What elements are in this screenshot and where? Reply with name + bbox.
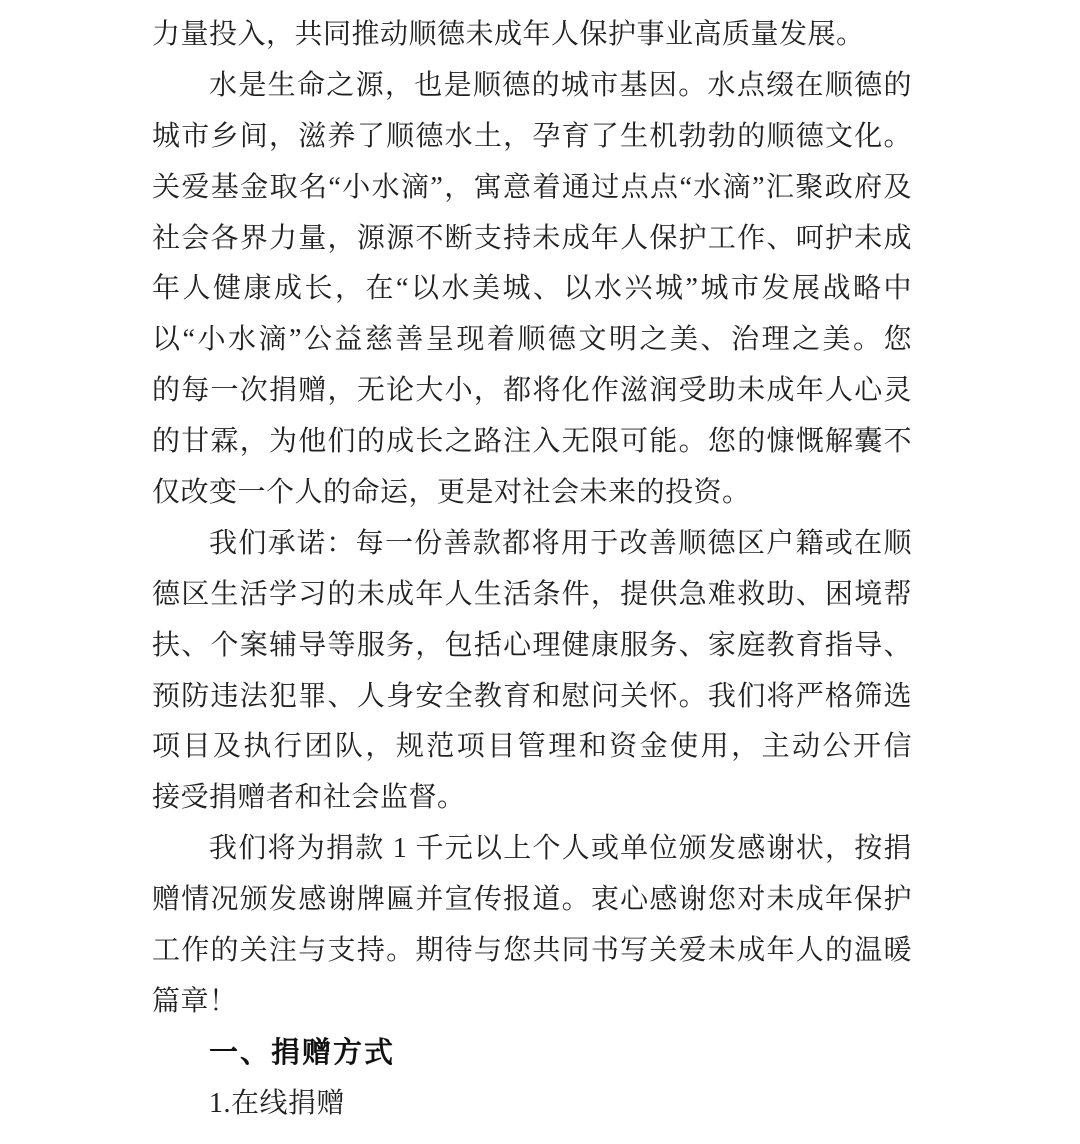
document-page: 力量投入，共同推动顺德未成年人保护事业高质量发展。 水是生命之源，也是顺德的城市… <box>0 0 1080 1144</box>
doc-line: 工作的关注与支持。期待与您共同书写关爱未成年人的温暖 <box>152 926 912 977</box>
doc-line: 社会各界力量，源源不断支持未成年人保护工作、呵护未成 <box>152 214 912 265</box>
doc-line: 篇章！ <box>152 977 912 1028</box>
doc-line: 我们将为捐款 1 千元以上个人或单位颁发感谢状，按捐 <box>152 824 912 875</box>
doc-line: 我们承诺：每一份善款都将用于改善顺德区户籍或在顺 <box>152 519 912 570</box>
doc-line: 预防违法犯罪、人身安全教育和慰问关怀。我们将严格筛选 <box>152 672 912 723</box>
doc-line: 接受捐赠者和社会监督。 <box>152 773 912 824</box>
doc-line: 仅改变一个人的命运，更是对社会未来的投资。 <box>152 468 912 519</box>
doc-line: 的每一次捐赠，无论大小，都将化作滋润受助未成年人心灵 <box>152 366 912 417</box>
section-heading-donation-method: 一、捐赠方式 <box>152 1028 912 1079</box>
subsection-online-donation: 1.在线捐赠 <box>152 1079 912 1130</box>
doc-line: 年人健康成长，在“以水美城、以水兴城”城市发展战略中 <box>152 264 912 315</box>
doc-line: 项目及执行团队，规范项目管理和资金使用，主动公开信息， <box>152 722 912 773</box>
doc-line: 赠情况颁发感谢牌匾并宣传报道。衷心感谢您对未成年保护 <box>152 875 912 926</box>
doc-line: 城市乡间，滋养了顺德水土，孕育了生机勃勃的顺德文化。 <box>152 112 912 163</box>
doc-line: 德区生活学习的未成年人生活条件，提供急难救助、困境帮 <box>152 570 912 621</box>
doc-line: 以“小水滴”公益慈善呈现着顺德文明之美、治理之美。您 <box>152 315 912 366</box>
doc-line: 的甘霖，为他们的成长之路注入无限可能。您的慷慨解囊不 <box>152 417 912 468</box>
doc-line: 水是生命之源，也是顺德的城市基因。水点缀在顺德的 <box>152 61 912 112</box>
doc-line: 扶、个案辅导等服务，包括心理健康服务、家庭教育指导、 <box>152 621 912 672</box>
document-text-block: 力量投入，共同推动顺德未成年人保护事业高质量发展。 水是生命之源，也是顺德的城市… <box>152 10 912 1130</box>
doc-line: 力量投入，共同推动顺德未成年人保护事业高质量发展。 <box>152 10 912 61</box>
doc-line: 关爱基金取名“小水滴”，寓意着通过点点“水滴”汇聚政府及 <box>152 163 912 214</box>
